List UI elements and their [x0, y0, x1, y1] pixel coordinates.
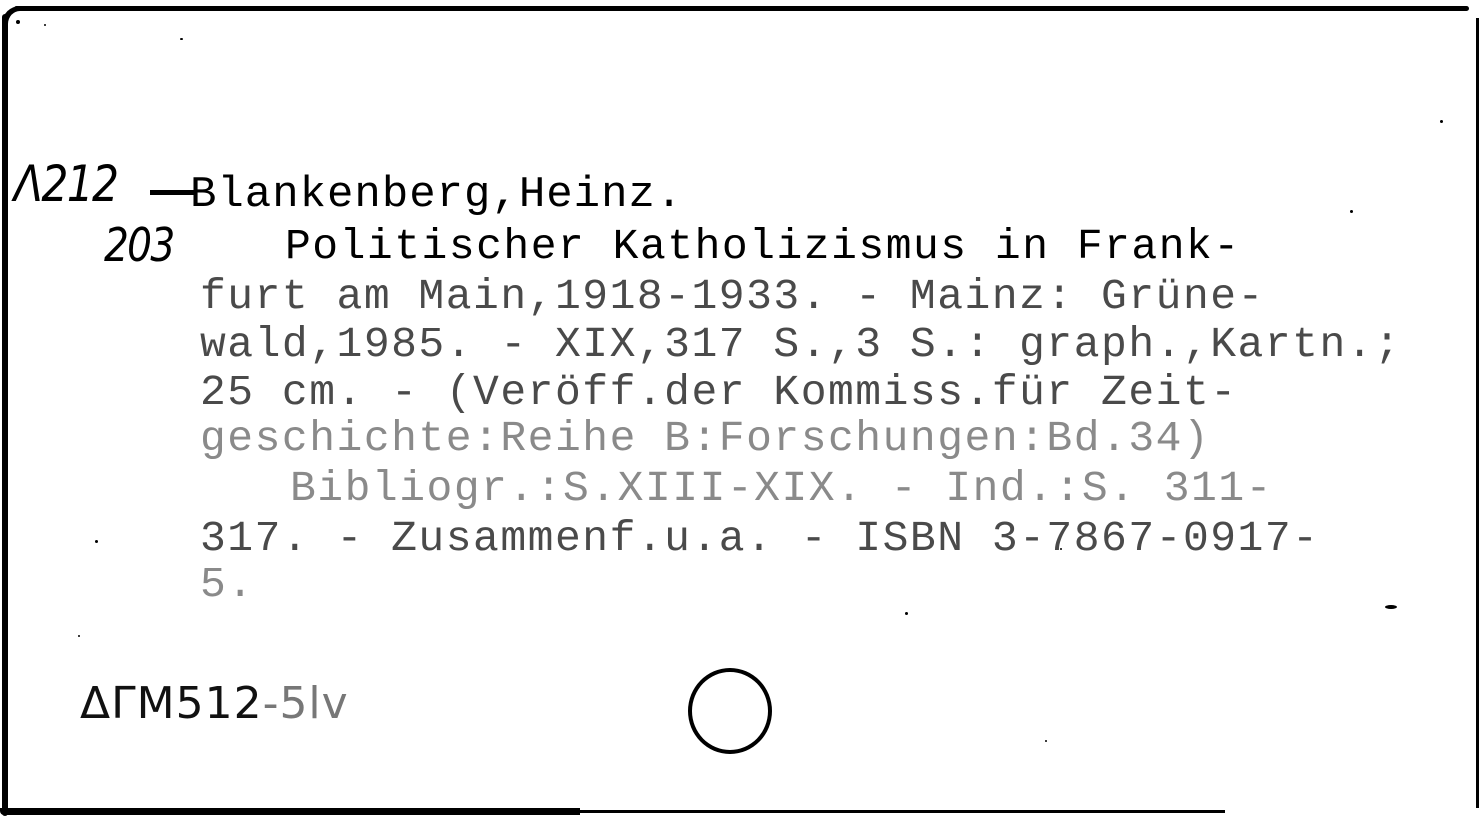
- shelfmark: ΔΓΜ512-5lv: [80, 678, 349, 729]
- scan-speck: [1440, 120, 1443, 123]
- punch-hole: [688, 668, 772, 754]
- notes-line-2: 317. - Zusammenf.u.a. - ISBN 3-7867-0917…: [200, 516, 1319, 562]
- scan-speck: [905, 612, 908, 615]
- scan-speck: [44, 24, 46, 26]
- scan-speck: [16, 20, 20, 24]
- series-line-1: 25 cm. - (Veröff.der Kommiss.für Zeit-: [200, 370, 1238, 416]
- scan-speck: [95, 540, 98, 543]
- series-line-2: geschichte:Reihe B:Forschungen:Bd.34): [200, 416, 1210, 462]
- scan-speck: [1350, 210, 1353, 213]
- card-border-right: [1476, 18, 1479, 808]
- scan-speck: [78, 635, 80, 637]
- card-border-left: [2, 14, 8, 816]
- author-heading: Blankenberg,Heinz.: [190, 172, 683, 218]
- card-border-bottom: [0, 808, 580, 815]
- notes-line-3: 5.: [200, 562, 255, 608]
- scan-speck: [1060, 548, 1062, 550]
- card-border-top: [14, 6, 1469, 11]
- shelfmark-prefix: ΔΓΜ512: [80, 678, 263, 729]
- shelfmark-suffix: -5lv: [263, 678, 349, 729]
- title-line-2: furt am Main,1918-1933. - Mainz: Grüne-: [200, 274, 1265, 320]
- notes-line-1: Bibliogr.:S.XIII-XIX. - Ind.:S. 311-: [290, 466, 1273, 512]
- card-border-bottom-thin: [560, 810, 1225, 813]
- imprint-line: wald,1985. - XIX,317 S.,3 S.: graph.,Kar…: [200, 322, 1401, 368]
- catalogue-card: Λ212 203 Blankenberg,Heinz. Politischer …: [0, 0, 1484, 819]
- title-line-1: Politischer Katholizismus in Frank-: [285, 224, 1241, 270]
- scan-speck: [1385, 605, 1397, 609]
- call-number-line-1: Λ212: [14, 155, 117, 213]
- scan-speck: [180, 38, 183, 40]
- call-number-line-2: 203: [104, 218, 174, 272]
- scan-speck: [1045, 740, 1047, 742]
